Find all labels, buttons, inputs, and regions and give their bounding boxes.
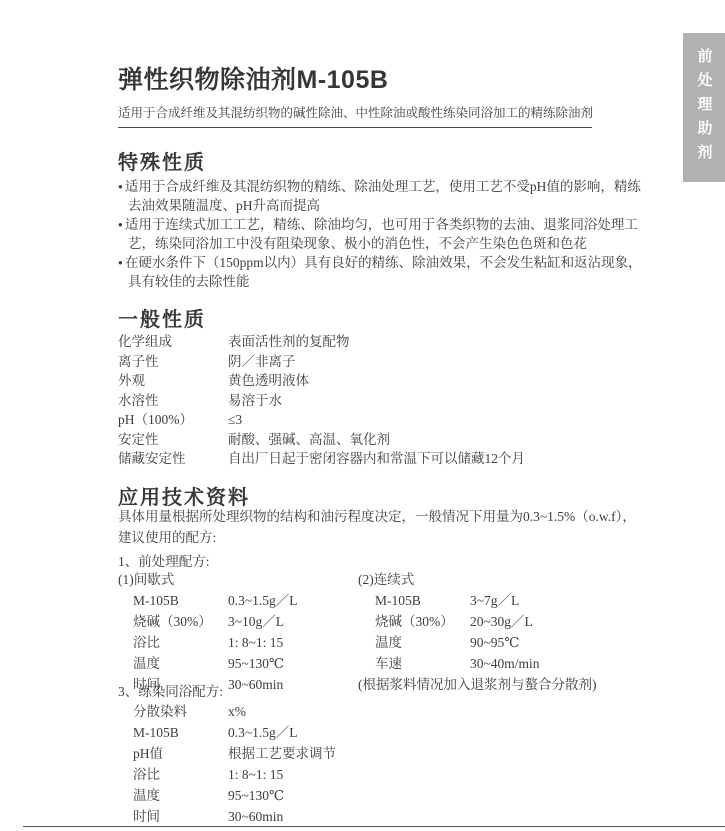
recipe-value: 0.3~1.5g／L (228, 722, 678, 743)
table-row: 安定性 耐酸、强碱、高温、氧化剂 (118, 430, 678, 450)
property-label: 离子性 (118, 352, 228, 372)
list-item: ●适用于合成纤维及其混纺织物的精练、除油处理工艺，使用工艺不受pH值的影响，精练 (118, 177, 678, 196)
batch-column-title: (1)间歇式 (118, 569, 358, 590)
page-subtitle: 适用于合成纤维及其混纺织物的碱性除油、中性除油或酸性练染同浴加工的精练除油剂 (118, 103, 598, 121)
table-row: 外观 黄色透明液体 (118, 371, 678, 391)
recipe1-title: 1、前处理配方: (118, 550, 210, 570)
bullet-text: 去油效果随温度、pH升高而提高 (128, 196, 678, 215)
bullet-text: 适用于连续式加工工艺，精练、除油均匀，也可用于各类织物的去油、退浆同浴处理工 (125, 217, 638, 232)
table-row: 浴比 1: 8~1: 15 (118, 764, 678, 785)
recipe-label: M-105B (133, 722, 228, 743)
bullet-icon: ● (118, 220, 123, 229)
table-row: 浴比 1: 8~1: 15 温度 90~95℃ (118, 632, 713, 653)
list-item: ●在硬水条件下（150ppm以内）具有良好的精练、除油效果，不会发生粘缸和返沾现… (118, 253, 678, 272)
table-row: M-105B 0.3~1.5g／L (118, 722, 678, 743)
table-row: (1)间歇式 (2)连续式 (118, 569, 713, 590)
recipe-value: 1: 8~1: 15 (228, 632, 358, 653)
recipe-value: 20~30g／L (470, 611, 713, 632)
continuous-column-title: (2)连续式 (358, 569, 713, 590)
recipe-value: 30~40m/min (470, 653, 713, 674)
recipe-value: 0.3~1.5g／L (228, 590, 358, 611)
table-row: 时间 30~60min (118, 806, 678, 827)
application-intro: 具体用量根据所处理织物的结构和油污程度决定，一般情况下用量为0.3~1.5%（o… (118, 506, 708, 548)
recipe-value: 95~130℃ (228, 653, 358, 674)
property-label: 化学组成 (118, 332, 228, 352)
category-side-tab-label: 前处理助剂 (697, 48, 712, 168)
recipe-value: x% (228, 701, 678, 722)
table-row: 烧碱（30%） 3~10g／L 烧碱（30%） 20~30g／L (118, 611, 713, 632)
recipe-label: 温度 (133, 785, 228, 806)
bullet-icon: ● (118, 182, 123, 191)
table-row: 温度 95~130℃ 车速 30~40m/min (118, 653, 713, 674)
recipe-label: M-105B (375, 590, 470, 611)
property-value: ≤3 (228, 410, 678, 430)
recipe-label: pH值 (133, 743, 228, 764)
page-title: 弹性织物除油剂M-105B (118, 60, 598, 96)
property-label: 安定性 (118, 430, 228, 450)
table-row: 储藏安定性 自出厂日起于密闭容器内和常温下可以储藏12个月 (118, 449, 678, 469)
table-row: 分散染料 x% (118, 701, 678, 722)
recipe-label: 车速 (375, 653, 470, 674)
recipe-label: 浴比 (133, 764, 228, 785)
property-label: 储藏安定性 (118, 449, 228, 469)
property-label: 外观 (118, 371, 228, 391)
recipe-value: 根据工艺要求调节 (228, 743, 678, 764)
pretreatment-recipe-table: (1)间歇式 (2)连续式 M-105B 0.3~1.5g／L M-105B 3… (118, 569, 713, 695)
recipe-label: 烧碱（30%） (375, 611, 470, 632)
section-heading-general-properties: 一般性质 (118, 303, 206, 332)
property-value: 易溶于水 (228, 391, 678, 411)
property-label: pH（100%） (118, 410, 228, 430)
recipe-label: 温度 (133, 653, 228, 674)
general-properties-table: 化学组成 表面活性剂的复配物 离子性 阴／非离子 外观 黄色透明液体 水溶性 易… (118, 332, 678, 469)
recipe-value: 90~95℃ (470, 632, 713, 653)
bullet-icon: ● (118, 258, 123, 267)
recipe-label: 温度 (375, 632, 470, 653)
product-datasheet-page: { "header": { "title": "弹性织物除油剂M-105B", … (0, 0, 725, 831)
continuous-recipe-note: (根据浆料情况加入退浆剂与螯合分散剂) (358, 674, 713, 695)
table-row: 离子性 阴／非离子 (118, 352, 678, 372)
intro-line: 建议使用的配方: (118, 527, 708, 548)
table-row: pH（100%） ≤3 (118, 410, 678, 430)
recipe-value: 95~130℃ (228, 785, 678, 806)
recipe-label: 分散染料 (133, 701, 228, 722)
recipe-label: 时间 (133, 806, 228, 827)
property-value: 阴／非离子 (228, 352, 678, 372)
property-label: 水溶性 (118, 391, 228, 411)
list-item: ●适用于连续式加工工艺，精练、除油均匀，也可用于各类织物的去油、退浆同浴处理工 (118, 215, 678, 234)
section-heading-special-properties: 特殊性质 (118, 146, 206, 175)
bullet-text: 艺，练染同浴加工中没有阻染现象、极小的消色性，不会产生染色色斑和色花 (128, 234, 678, 253)
intro-line: 具体用量根据所处理织物的结构和油污程度决定，一般情况下用量为0.3~1.5%（o… (118, 506, 708, 527)
recipe-value: 3~7g／L (470, 590, 713, 611)
table-row: 水溶性 易溶于水 (118, 391, 678, 411)
recipe-value: 1: 8~1: 15 (228, 764, 678, 785)
property-value: 耐酸、强碱、高温、氧化剂 (228, 430, 678, 450)
recipe-value: 30~60min (228, 674, 358, 695)
recipe-label: M-105B (133, 590, 228, 611)
category-side-tab: 前处理助剂 (683, 33, 725, 182)
table-row: 化学组成 表面活性剂的复配物 (118, 332, 678, 352)
special-properties-list: ●适用于合成纤维及其混纺织物的精练、除油处理工艺，使用工艺不受pH值的影响，精练… (118, 177, 678, 291)
dyeing-bath-recipe-table: 分散染料 x% M-105B 0.3~1.5g／L pH值 根据工艺要求调节 浴… (118, 701, 678, 827)
recipe3-title: 3、练染同浴配方: (118, 680, 223, 700)
bullet-text: 具有较佳的去除性能 (128, 272, 678, 291)
property-value: 自出厂日起于密闭容器内和常温下可以储藏12个月 (228, 449, 678, 469)
recipe-label: 浴比 (133, 632, 228, 653)
property-value: 表面活性剂的复配物 (228, 332, 678, 352)
recipe-value: 3~10g／L (228, 611, 358, 632)
table-row: 温度 95~130℃ (118, 785, 678, 806)
document-header: 弹性织物除油剂M-105B 适用于合成纤维及其混纺织物的碱性除油、中性除油或酸性… (118, 60, 598, 128)
page-bottom-divider (23, 826, 725, 827)
table-row: pH值 根据工艺要求调节 (118, 743, 678, 764)
recipe-value: 30~60min (228, 806, 678, 827)
property-value: 黄色透明液体 (228, 371, 678, 391)
header-divider (118, 127, 592, 128)
bullet-text: 在硬水条件下（150ppm以内）具有良好的精练、除油效果，不会发生粘缸和返沾现象… (125, 255, 642, 270)
bullet-text: 适用于合成纤维及其混纺织物的精练、除油处理工艺，使用工艺不受pH值的影响，精练 (125, 179, 641, 194)
recipe-label: 烧碱（30%） (133, 611, 228, 632)
table-row: M-105B 0.3~1.5g／L M-105B 3~7g／L (118, 590, 713, 611)
